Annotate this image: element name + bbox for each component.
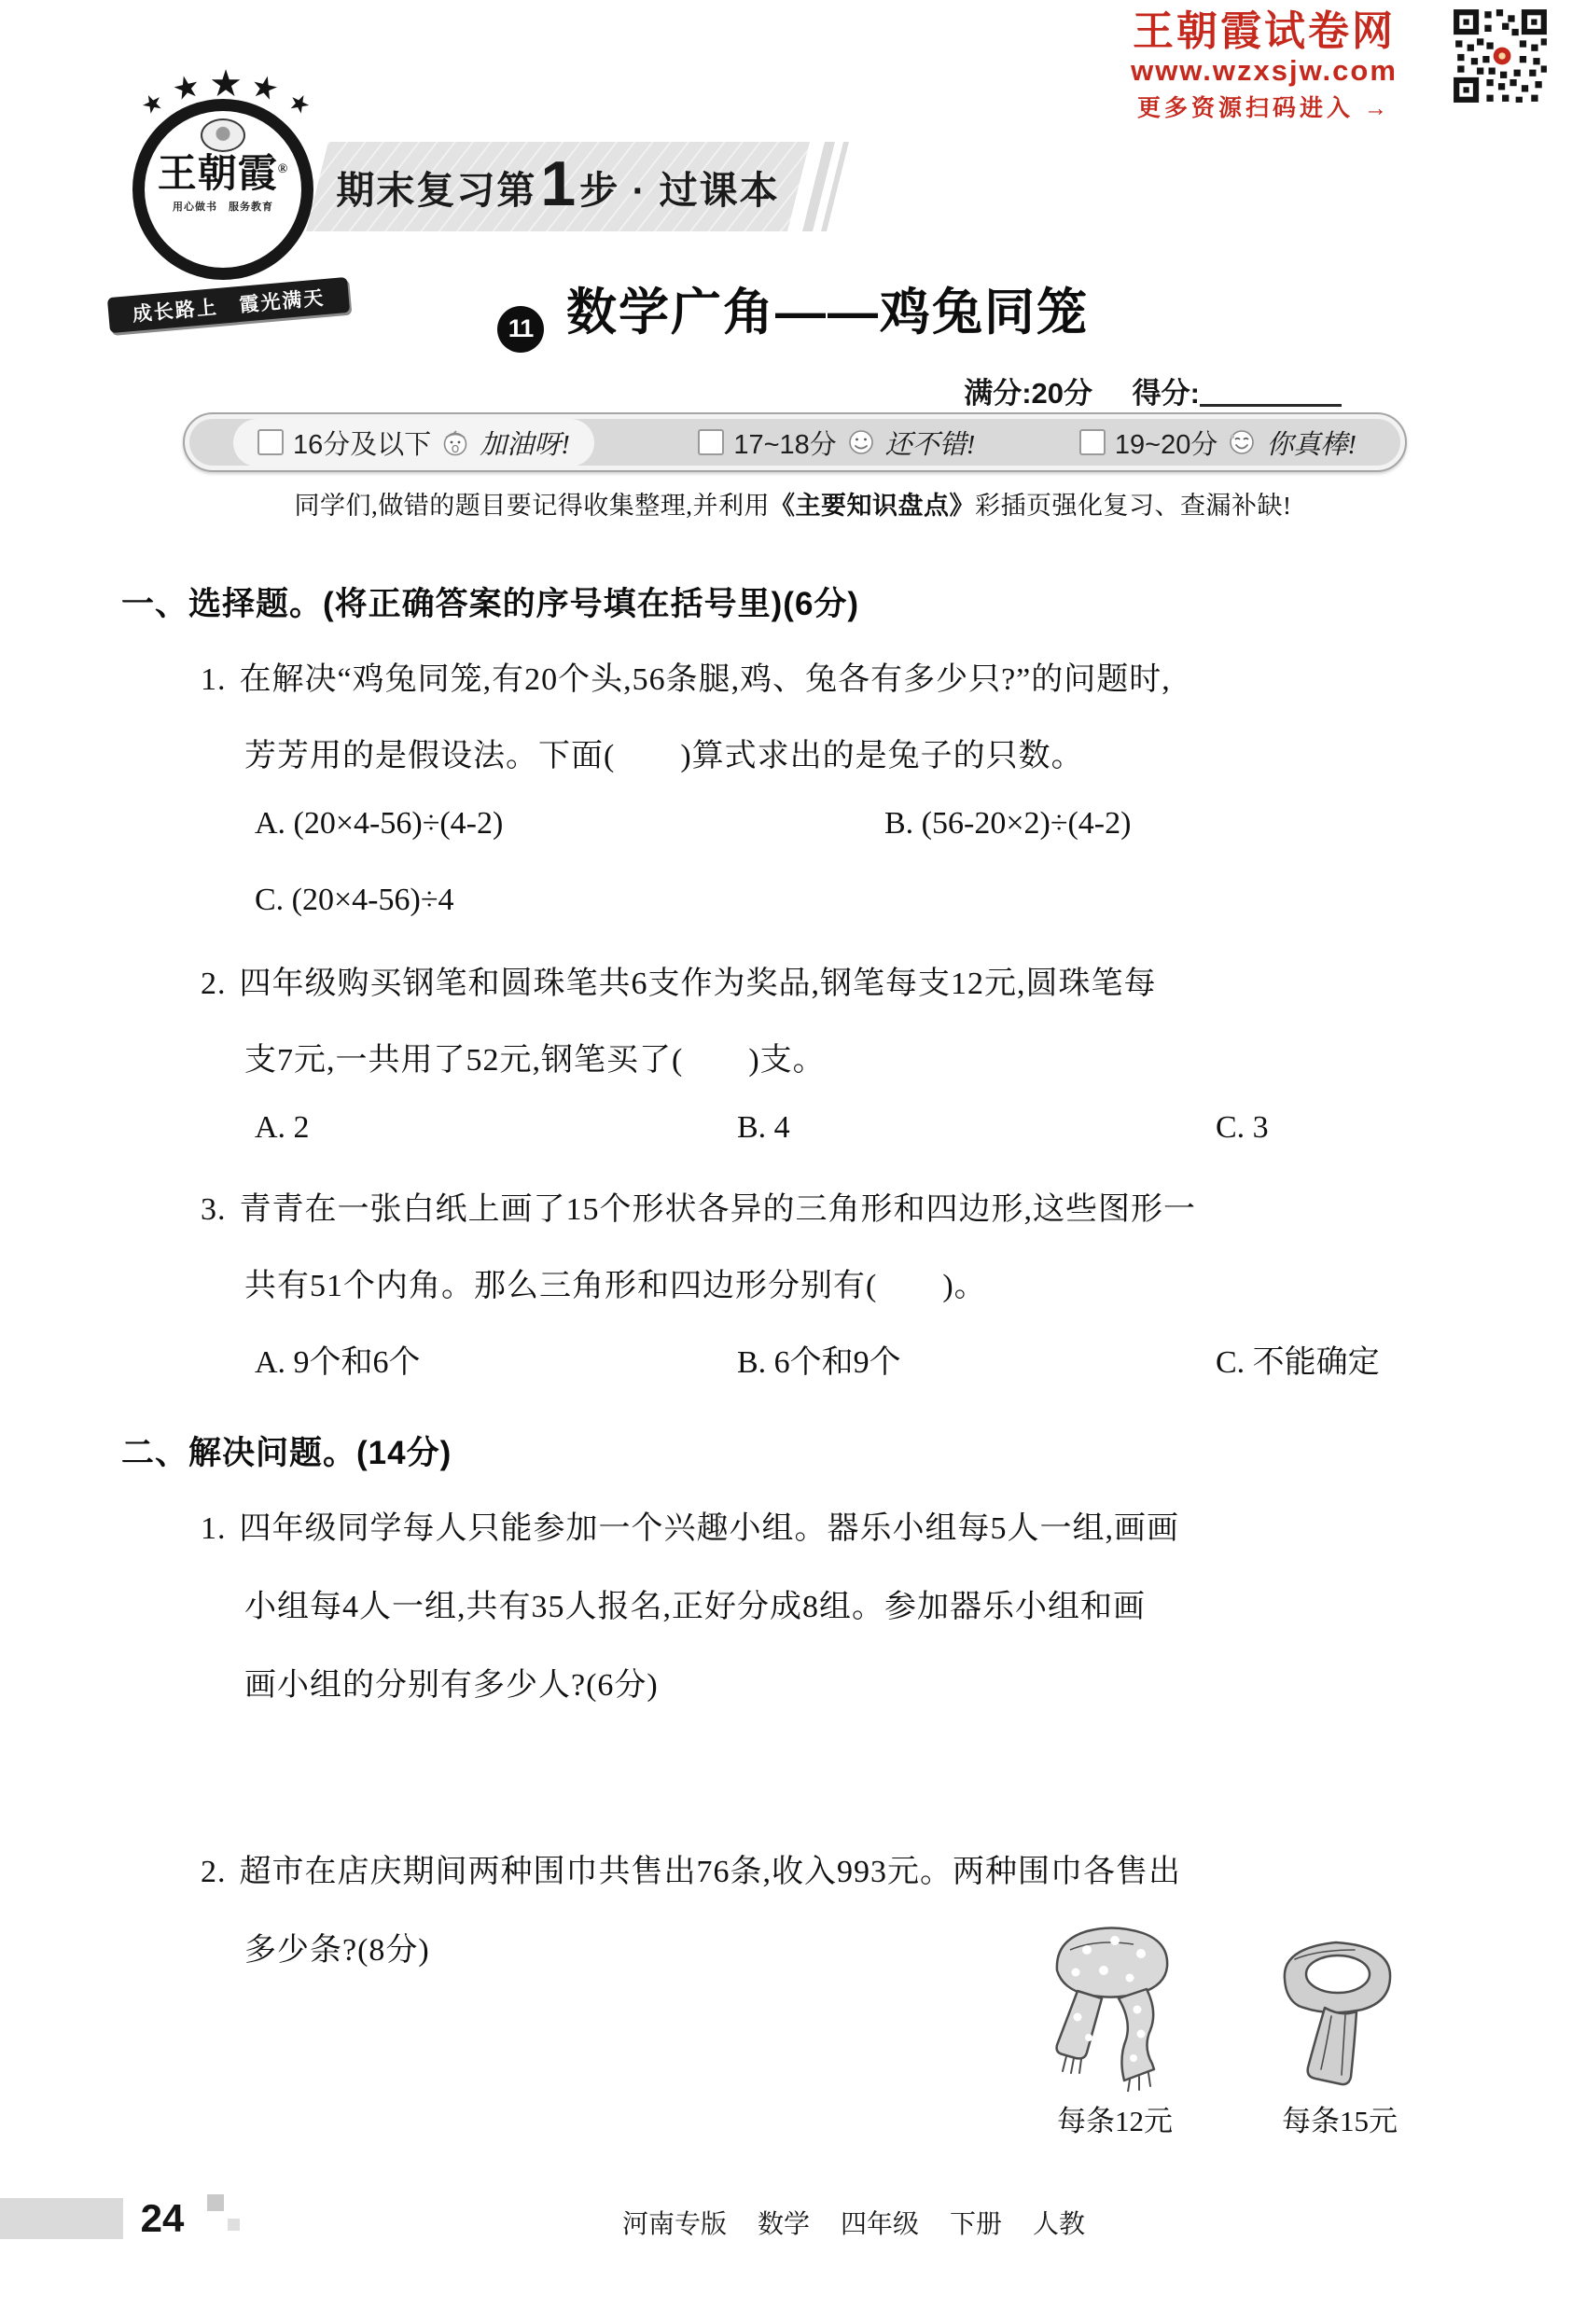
s1-q2-line2: 支7元,一共用了52元,钢笔买了( )支。 (244, 1034, 826, 1079)
option-c: C. (20×4-56)÷4 (255, 883, 453, 918)
cheer-face-icon (440, 427, 470, 457)
question-number: 3. (201, 1192, 227, 1227)
s1-q3-options-row: A. 9个和6个 B. 6个和9个 C. 不能确定 (255, 1336, 421, 1382)
banner-text-pre: 期末复习第 (336, 160, 536, 215)
s2-q1-line3: 画小组的分别有多少人?(6分) (244, 1659, 659, 1705)
s1-q3-line1: 3.青青在一张白纸上画了15个形状各异的三角形和四边形,这些图形一 (201, 1183, 1196, 1229)
banner-stripe (802, 142, 835, 231)
scarf-dotted-image (1022, 1913, 1208, 2092)
score-blank-input[interactable] (1200, 376, 1342, 407)
option-c: C. 不能确定 (1216, 1336, 1380, 1382)
s1-q3-line2: 共有51个内角。那么三角形和四边形分别有( )。 (244, 1259, 987, 1305)
option-a: A. (20×4-56)÷(4-2) (255, 806, 503, 841)
question-number: 2. (201, 967, 227, 1001)
banner-step-number: 1 (540, 147, 576, 220)
full-score-label: 满分:20分 (964, 377, 1092, 410)
brand-name: 王朝霞® (145, 154, 301, 195)
question-number: 1. (201, 1511, 227, 1546)
scarf-price-left: 每条12元 (1015, 2097, 1215, 2139)
band-item-mid: 17~18分 还不错! (698, 424, 975, 462)
site-name: 王朝霞试卷网 (1087, 9, 1441, 54)
praise-label: 加油呀! (480, 424, 570, 462)
range-label: 17~18分 (733, 424, 836, 462)
s1-q2-options-row: A. 2 B. 4 C. 3 (255, 1110, 310, 1146)
s2-q2-line2: 多少条?(8分) (244, 1924, 430, 1969)
book-name: 《主要知识盘点》 (770, 492, 975, 520)
got-score-label: 得分: (1133, 377, 1200, 410)
question-number: 1. (201, 662, 227, 697)
footer-info: 河南专版 数学 四年级 下册 人教 (0, 2204, 1586, 2241)
step-banner: 期末复习第 1 步 · 过课本 (317, 142, 799, 231)
qr-code-image (1452, 7, 1549, 104)
site-url: www.wzxsjw.com (1087, 54, 1441, 88)
band-item-low: 16分及以下 加油呀! (233, 419, 594, 466)
footer-edition: 河南专版 (622, 2210, 727, 2239)
ok-face-icon (846, 427, 876, 457)
banner-text-post: 步 · 过课本 (579, 160, 779, 215)
option-b: B. 4 (737, 1110, 790, 1146)
star-icon: ★ (209, 65, 243, 103)
notice-line: 同学们,做错的题目要记得收集整理,并利用《主要知识盘点》彩插页强化复习、查漏补缺… (0, 485, 1586, 522)
section2-heading: 二、解决问题。(14分) (121, 1427, 452, 1474)
publisher-block: 王朝霞试卷网 www.wzxsjw.com 更多资源扫码进入 → (1087, 9, 1441, 123)
s2-q1-line2: 小组每4人一组,共有35人报名,正好分成8组。参加器乐小组和画 (244, 1580, 1146, 1626)
band-item-high: 19~20分 你真棒! (1079, 424, 1356, 462)
option-c: C. 3 (1216, 1110, 1269, 1146)
lesson-number-badge: 11 (497, 306, 544, 353)
score-checkbox-mid[interactable] (698, 429, 724, 455)
worksheet-page: 王朝霞试卷网 www.wzxsjw.com 更多资源扫码进入 → ★ ★ (0, 0, 1586, 2324)
footer-grade: 四年级 (841, 2210, 919, 2239)
range-label: 16分及以下 (293, 424, 431, 462)
score-checkbox-low[interactable] (257, 429, 284, 455)
section1-heading: 一、选择题。(将正确答案的序号填在括号里)(6分) (121, 578, 859, 625)
scarf-price-right: 每条15元 (1248, 2097, 1431, 2139)
portrait-icon (201, 118, 245, 152)
praise-label: 还不错! (885, 424, 976, 462)
s1-q1-line2: 芳芳用的是假设法。下面( )算式求出的是兔子的只数。 (244, 730, 1084, 775)
score-checkbox-high[interactable] (1079, 429, 1106, 455)
option-b: B. 6个和9个 (737, 1336, 901, 1382)
s2-q1-line1: 1.四年级同学每人只能参加一个兴趣小组。器乐小组每5人一组,画画 (201, 1502, 1179, 1548)
brand-slogan: 用心做书 服务教育 (145, 199, 301, 214)
praise-label: 你真棒! (1266, 424, 1356, 462)
page-title: 数学广角——鸡兔同笼 (566, 285, 1089, 341)
site-more-text: 更多资源扫码进入 → (1087, 90, 1441, 123)
score-row: 满分:20分 得分: (964, 369, 1342, 411)
range-label: 19~20分 (1115, 424, 1217, 462)
s1-q2-line1: 2.四年级购买钢笔和圆珠笔共6支作为奖品,钢笔每支12元,圆珠笔每 (201, 957, 1157, 1003)
option-a: A. 9个和6个 (255, 1345, 421, 1380)
option-a: A. 2 (255, 1110, 310, 1145)
registered-mark: ® (278, 162, 288, 176)
footer-volume: 下册 (950, 2210, 1002, 2239)
footer-publisher: 人教 (1033, 2210, 1085, 2239)
score-band: 16分及以下 加油呀! 17~18分 还不错! 19~20分 (183, 412, 1407, 472)
question-number: 2. (201, 1855, 227, 1889)
great-face-icon (1227, 427, 1257, 457)
s2-q2-line1: 2.超市在店庆期间两种围巾共售出76条,收入993元。两种围巾各售出 (201, 1845, 1181, 1891)
footer-subject: 数学 (758, 2210, 810, 2239)
option-b: B. (56-20×2)÷(4-2) (884, 806, 1131, 842)
title-row: 11 数学广角——鸡兔同笼 (0, 272, 1586, 353)
brand-ring: 王朝霞® 用心做书 服务教育 (132, 99, 313, 280)
s1-q1-options-row: A. (20×4-56)÷(4-2) B. (56-20×2)÷(4-2) (255, 806, 503, 842)
scarf-plain-image (1261, 1927, 1415, 2091)
s1-q1-line1: 1.在解决“鸡兔同笼,有20个头,56条腿,鸡、兔各有多少只?”的问题时, (201, 653, 1171, 699)
star-row: ★ ★ ★ ★ ★ (101, 65, 351, 103)
